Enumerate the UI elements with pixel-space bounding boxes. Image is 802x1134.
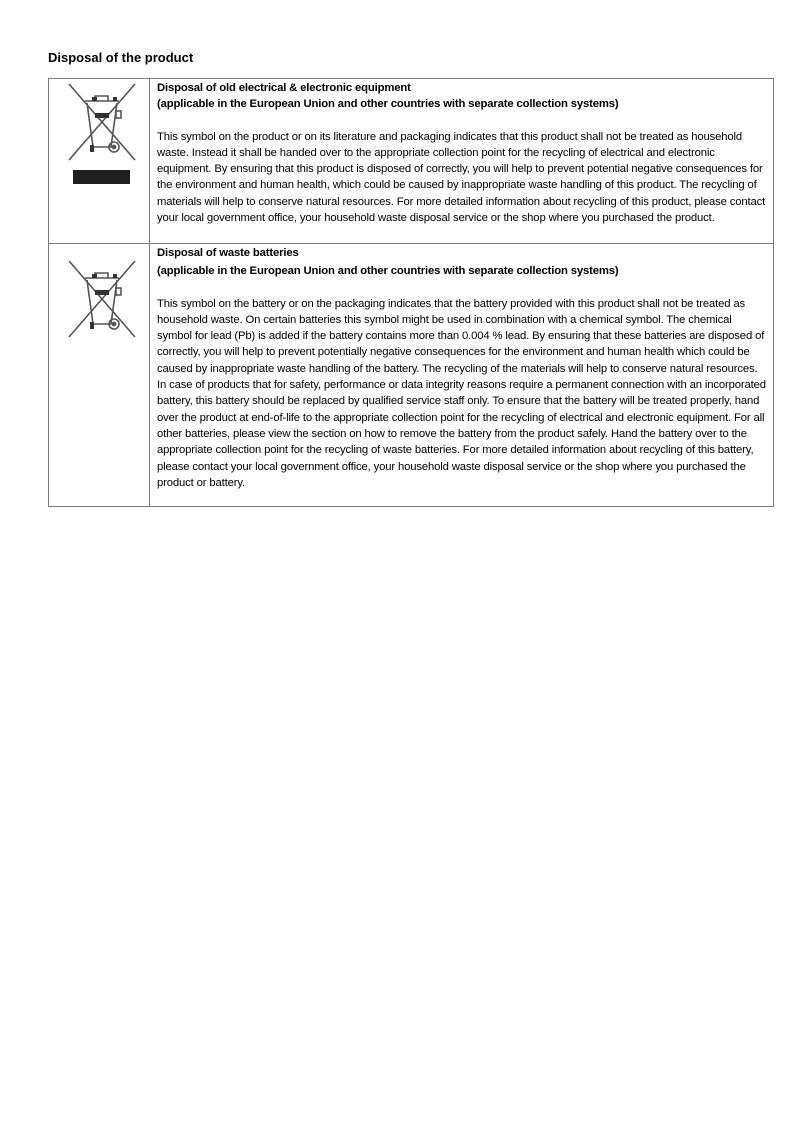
weee-body-text: This symbol on the product or on its lit…: [157, 129, 767, 227]
weee-text-cell: Disposal of old electrical & electronic …: [150, 79, 774, 244]
battery-text-cell: Disposal of waste batteries (applicable …: [150, 244, 774, 507]
disposal-table: Disposal of old electrical & electronic …: [48, 78, 774, 507]
weee-icon-cell: [49, 79, 150, 244]
crossed-out-wheelie-bin-icon: [65, 81, 139, 161]
battery-section-row: Disposal of waste batteries (applicable …: [49, 244, 774, 507]
battery-subheading: (applicable in the European Union and ot…: [157, 263, 767, 279]
battery-body-text: This symbol on the battery or on the pac…: [157, 296, 767, 492]
crossed-out-wheelie-bin-icon: [65, 258, 139, 338]
weee-subheading: (applicable in the European Union and ot…: [157, 96, 767, 112]
black-bar-marking: [73, 170, 130, 184]
weee-heading: Disposal of old electrical & electronic …: [157, 80, 767, 96]
battery-icon-cell: [49, 244, 150, 507]
page-title: Disposal of the product: [48, 50, 193, 65]
battery-heading: Disposal of waste batteries: [157, 245, 767, 261]
weee-section-row: Disposal of old electrical & electronic …: [49, 79, 774, 244]
